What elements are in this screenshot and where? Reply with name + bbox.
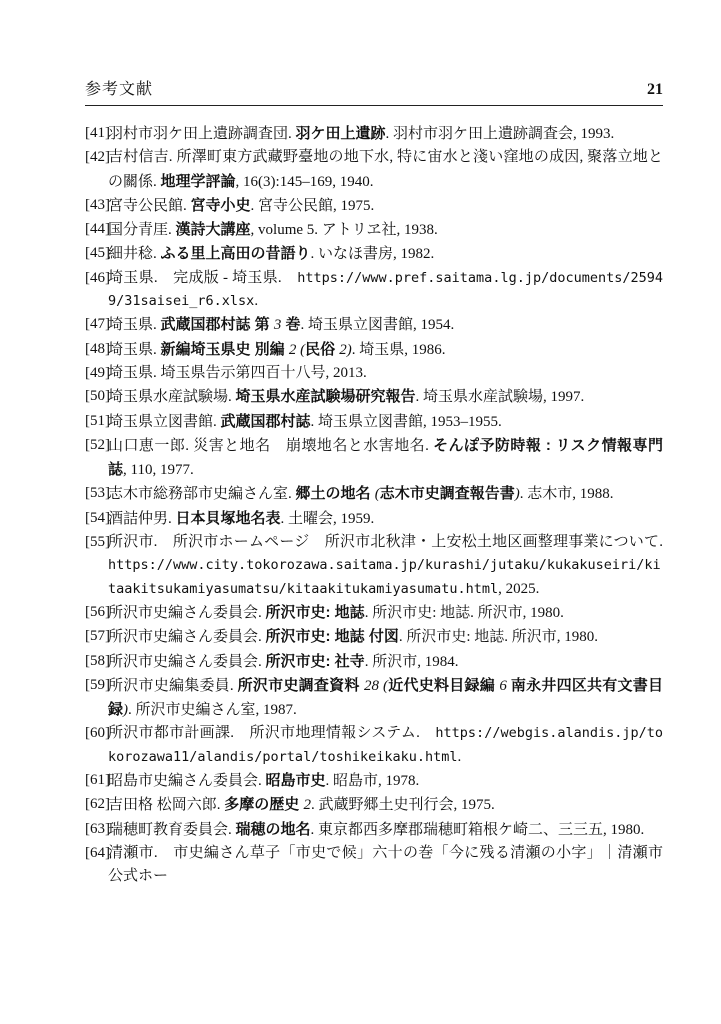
reference-text: . 所沢市, 1984. xyxy=(365,654,459,670)
reference-text: 埼玉県. xyxy=(108,342,161,358)
reference-text: 多摩の歴史 xyxy=(224,796,303,813)
reference-text: 所沢市史編集委員. xyxy=(108,678,238,694)
reference-item: [54]酒詰仲男. 日本貝塚地名表. 土曜会, 1959. xyxy=(85,507,663,531)
reference-label: [54] xyxy=(85,507,110,530)
reference-text: 志木市総務部市史編さん室. xyxy=(108,486,296,502)
reference-text: . 宮寺公民館, 1975. xyxy=(251,198,375,214)
reference-item: [61]昭島市史編さん委員会. 昭島市史. 昭島市, 1978. xyxy=(85,769,663,793)
reference-text: . 土曜会, 1959. xyxy=(281,511,375,527)
reference-item: [48]埼玉県. 新編埼玉県史 別編 2 (民俗 2). 埼玉県, 1986. xyxy=(85,338,663,362)
reference-text: 細井稔. xyxy=(108,246,161,262)
reference-text: 所沢市史: 社寺 xyxy=(266,653,365,670)
section-title: 参考文献 xyxy=(85,76,153,99)
reference-text: . xyxy=(254,293,258,309)
reference-text: 武蔵国郡村誌 xyxy=(221,413,311,430)
reference-text: 2 ( xyxy=(289,342,305,358)
reference-text: 志木市史調査報告書 xyxy=(380,485,515,502)
reference-label: [60] xyxy=(85,722,110,745)
reference-text: 28 ( xyxy=(364,678,388,694)
reference-item: [49]埼玉県. 埼玉県告示第四百十八号, 2013. xyxy=(85,362,663,385)
reference-item: [56]所沢市史編さん委員会. 所沢市史: 地誌. 所沢市史: 地誌. 所沢市,… xyxy=(85,601,663,625)
reference-item: [50]埼玉県水産試験場. 埼玉県水産試験場研究報告. 埼玉県水産試験場, 19… xyxy=(85,385,663,409)
reference-text: . 昭島市, 1978. xyxy=(326,773,420,789)
reference-text: 2) xyxy=(339,342,352,358)
reference-text: 宮寺小史 xyxy=(191,197,251,214)
reference-item: [42]吉村信吉. 所澤町東方武藏野臺地の地下水, 特に宙水と淺い窪地の成因, … xyxy=(85,146,663,194)
paper-page: 参考文献 21 [41]羽村市羽ケ田上遺跡調査団. 羽ケ田上遺跡. 羽村市羽ケ田… xyxy=(0,0,721,1024)
reference-item: [64]清瀬市. 市史編さん草子「市史で候」六十の巻「今に残る清瀬の小字」｜清瀬… xyxy=(85,842,663,889)
reference-label: [59] xyxy=(85,674,110,697)
reference-text: 羽ケ田上遺跡 xyxy=(296,125,386,142)
reference-text: 武蔵国郡村誌 第 xyxy=(161,316,274,333)
reference-label: [46] xyxy=(85,267,110,290)
reference-text: . 所沢市史: 地誌. 所沢市, 1980. xyxy=(365,605,564,621)
reference-text: 清瀬市. 市史編さん草子「市史で候」六十の巻「今に残る清瀬の小字」｜清瀬市公式ホ… xyxy=(108,845,663,884)
reference-text: 所沢市史編さん委員会. xyxy=(108,654,266,670)
reference-text: 国分青厓. xyxy=(108,222,176,238)
reference-text: 吉田格 松岡六郎. xyxy=(108,797,224,813)
reference-label: [63] xyxy=(85,818,110,841)
reference-item: [41]羽村市羽ケ田上遺跡調査団. 羽ケ田上遺跡. 羽村市羽ケ田上遺跡調査会, … xyxy=(85,122,663,146)
reference-label: [45] xyxy=(85,242,110,265)
reference-label: [42] xyxy=(85,146,110,169)
reference-text: 日本貝塚地名表 xyxy=(176,510,281,527)
reference-text: 昭島市史 xyxy=(266,772,326,789)
reference-text: 郷土の地名 xyxy=(296,485,375,502)
reference-text: . 武蔵野郷土史刊行会, 1975. xyxy=(311,797,495,813)
reference-label: [50] xyxy=(85,385,110,408)
reference-label: [64] xyxy=(85,842,110,865)
reference-label: [43] xyxy=(85,194,110,217)
reference-item: [59]所沢市史編集委員. 所沢市史調査資料 28 (近代史料目録編 6 南永井… xyxy=(85,674,663,723)
reference-text: 埼玉県水産試験場. xyxy=(108,389,236,405)
reference-label: [44] xyxy=(85,218,110,241)
reference-text: . 埼玉県立図書館, 1953–1955. xyxy=(311,414,502,430)
reference-item: [45]細井稔. ふる里上高田の昔語り. いなほ書房, 1982. xyxy=(85,242,663,266)
reference-item: [43]宮寺公民館. 宮寺小史. 宮寺公民館, 1975. xyxy=(85,194,663,218)
running-header: 参考文献 21 xyxy=(85,76,663,106)
reference-url: https://www.city.tokorozawa.saitama.jp/k… xyxy=(108,557,661,596)
reference-item: [44]国分青厓. 漢詩大講座, volume 5. アトリヱ社, 1938. xyxy=(85,218,663,242)
reference-text: 巻 xyxy=(281,316,300,333)
reference-text: , 16(3):145–169, 1940. xyxy=(236,174,374,190)
reference-text: 埼玉県. 埼玉県告示第四百十八号, 2013. xyxy=(108,365,367,381)
reference-text: . 埼玉県水産試験場, 1997. xyxy=(416,389,585,405)
reference-text: . いなほ書房, 1982. xyxy=(311,246,435,262)
reference-text: . 羽村市羽ケ田上遺跡調査会, 1993. xyxy=(386,126,615,142)
reference-text: 瑞穂の地名 xyxy=(236,821,311,838)
reference-text: . 埼玉県立図書館, 1954. xyxy=(301,317,455,333)
reference-text: 所沢市都市計画課. 所沢市地理情報システム. xyxy=(108,725,435,741)
reference-text: 2 xyxy=(303,797,311,813)
reference-text: 所沢市史: 地誌 xyxy=(266,604,365,621)
reference-label: [57] xyxy=(85,625,110,648)
reference-item: [57]所沢市史編さん委員会. 所沢市史: 地誌 付図. 所沢市史: 地誌. 所… xyxy=(85,625,663,649)
reference-text: . 所沢市史: 地誌. 所沢市, 1980. xyxy=(399,629,598,645)
reference-text: 漢詩大講座 xyxy=(176,221,251,238)
reference-label: [49] xyxy=(85,362,110,385)
reference-text: 埼玉県. xyxy=(108,317,161,333)
reference-text: ふる里上高田の昔語り xyxy=(161,245,311,262)
reference-text: 所沢市史編さん委員会. xyxy=(108,629,266,645)
reference-label: [47] xyxy=(85,313,110,336)
reference-label: [58] xyxy=(85,650,110,673)
reference-text: 所沢市史調査資料 xyxy=(238,677,364,694)
reference-label: [55] xyxy=(85,531,110,554)
reference-text: 民俗 xyxy=(305,341,339,358)
reference-text: 昭島市史編さん委員会. xyxy=(108,773,266,789)
reference-text: , volume 5. アトリヱ社, 1938. xyxy=(251,222,438,238)
reference-text: 地理学評論 xyxy=(161,173,236,190)
references-list: [41]羽村市羽ケ田上遺跡調査団. 羽ケ田上遺跡. 羽村市羽ケ田上遺跡調査会, … xyxy=(85,122,663,889)
reference-item: [60]所沢市都市計画課. 所沢市地理情報システム. https://webgi… xyxy=(85,722,663,769)
reference-text: 羽村市羽ケ田上遺跡調査団. xyxy=(108,126,296,142)
reference-text: 埼玉県水産試験場研究報告 xyxy=(236,388,416,405)
reference-item: [58]所沢市史編さん委員会. 所沢市史: 社寺. 所沢市, 1984. xyxy=(85,650,663,674)
reference-label: [52] xyxy=(85,434,110,457)
reference-label: [62] xyxy=(85,793,110,816)
reference-label: [53] xyxy=(85,482,110,505)
reference-text: . 所沢市史編さん室, 1987. xyxy=(128,702,297,718)
reference-text: 埼玉県. 完成版 - 埼玉県. xyxy=(108,270,297,286)
page-number: 21 xyxy=(647,81,663,99)
reference-item: [51]埼玉県立図書館. 武蔵国郡村誌. 埼玉県立図書館, 1953–1955. xyxy=(85,410,663,434)
reference-label: [41] xyxy=(85,122,110,145)
reference-item: [62]吉田格 松岡六郎. 多摩の歴史 2. 武蔵野郷土史刊行会, 1975. xyxy=(85,793,663,817)
reference-text: 6 xyxy=(499,678,511,694)
reference-text: . xyxy=(458,749,462,765)
reference-text: 近代史料目録編 xyxy=(388,677,499,694)
reference-text: . 東京都西多摩郡瑞穂町箱根ケ崎二、三三五, 1980. xyxy=(311,822,645,838)
reference-item: [52]山口恵一郎. 災害と地名 崩壊地名と水害地名. そんぽ予防時報 : リス… xyxy=(85,434,663,483)
reference-item: [53]志木市総務部市史編さん室. 郷土の地名 (志木市史調査報告書). 志木市… xyxy=(85,482,663,506)
reference-item: [55]所沢市. 所沢市ホームページ 所沢市北秋津・上安松土地区画整理事業につい… xyxy=(85,531,663,601)
reference-text: 宮寺公民館. xyxy=(108,198,191,214)
reference-text: . 埼玉県, 1986. xyxy=(352,342,446,358)
reference-item: [63]瑞穂町教育委員会. 瑞穂の地名. 東京都西多摩郡瑞穂町箱根ケ崎二、三三五… xyxy=(85,818,663,842)
reference-text: , 110, 1977. xyxy=(123,462,194,478)
reference-label: [61] xyxy=(85,769,110,792)
reference-text: 所沢市史: 地誌 付図 xyxy=(266,628,399,645)
reference-text: 所沢市史編さん委員会. xyxy=(108,605,266,621)
reference-text: 酒詰仲男. xyxy=(108,511,176,527)
reference-item: [46]埼玉県. 完成版 - 埼玉県. https://www.pref.sai… xyxy=(85,267,663,314)
reference-item: [47]埼玉県. 武蔵国郡村誌 第 3 巻. 埼玉県立図書館, 1954. xyxy=(85,313,663,337)
text-block: 参考文献 21 [41]羽村市羽ケ田上遺跡調査団. 羽ケ田上遺跡. 羽村市羽ケ田… xyxy=(85,76,663,889)
reference-text: , 2025. xyxy=(498,581,539,597)
reference-text: 山口恵一郎. 災害と地名 崩壊地名と水害地名. xyxy=(108,438,433,454)
reference-text: 瑞穂町教育委員会. xyxy=(108,822,236,838)
reference-text: 所沢市. 所沢市ホームページ 所沢市北秋津・上安松土地区画整理事業について. xyxy=(108,534,678,550)
reference-text: . 志木市, 1988. xyxy=(520,486,614,502)
reference-text: 埼玉県立図書館. xyxy=(108,414,221,430)
reference-label: [48] xyxy=(85,338,110,361)
reference-label: [51] xyxy=(85,410,110,433)
reference-text: 新編埼玉県史 別編 xyxy=(161,341,289,358)
reference-label: [56] xyxy=(85,601,110,624)
